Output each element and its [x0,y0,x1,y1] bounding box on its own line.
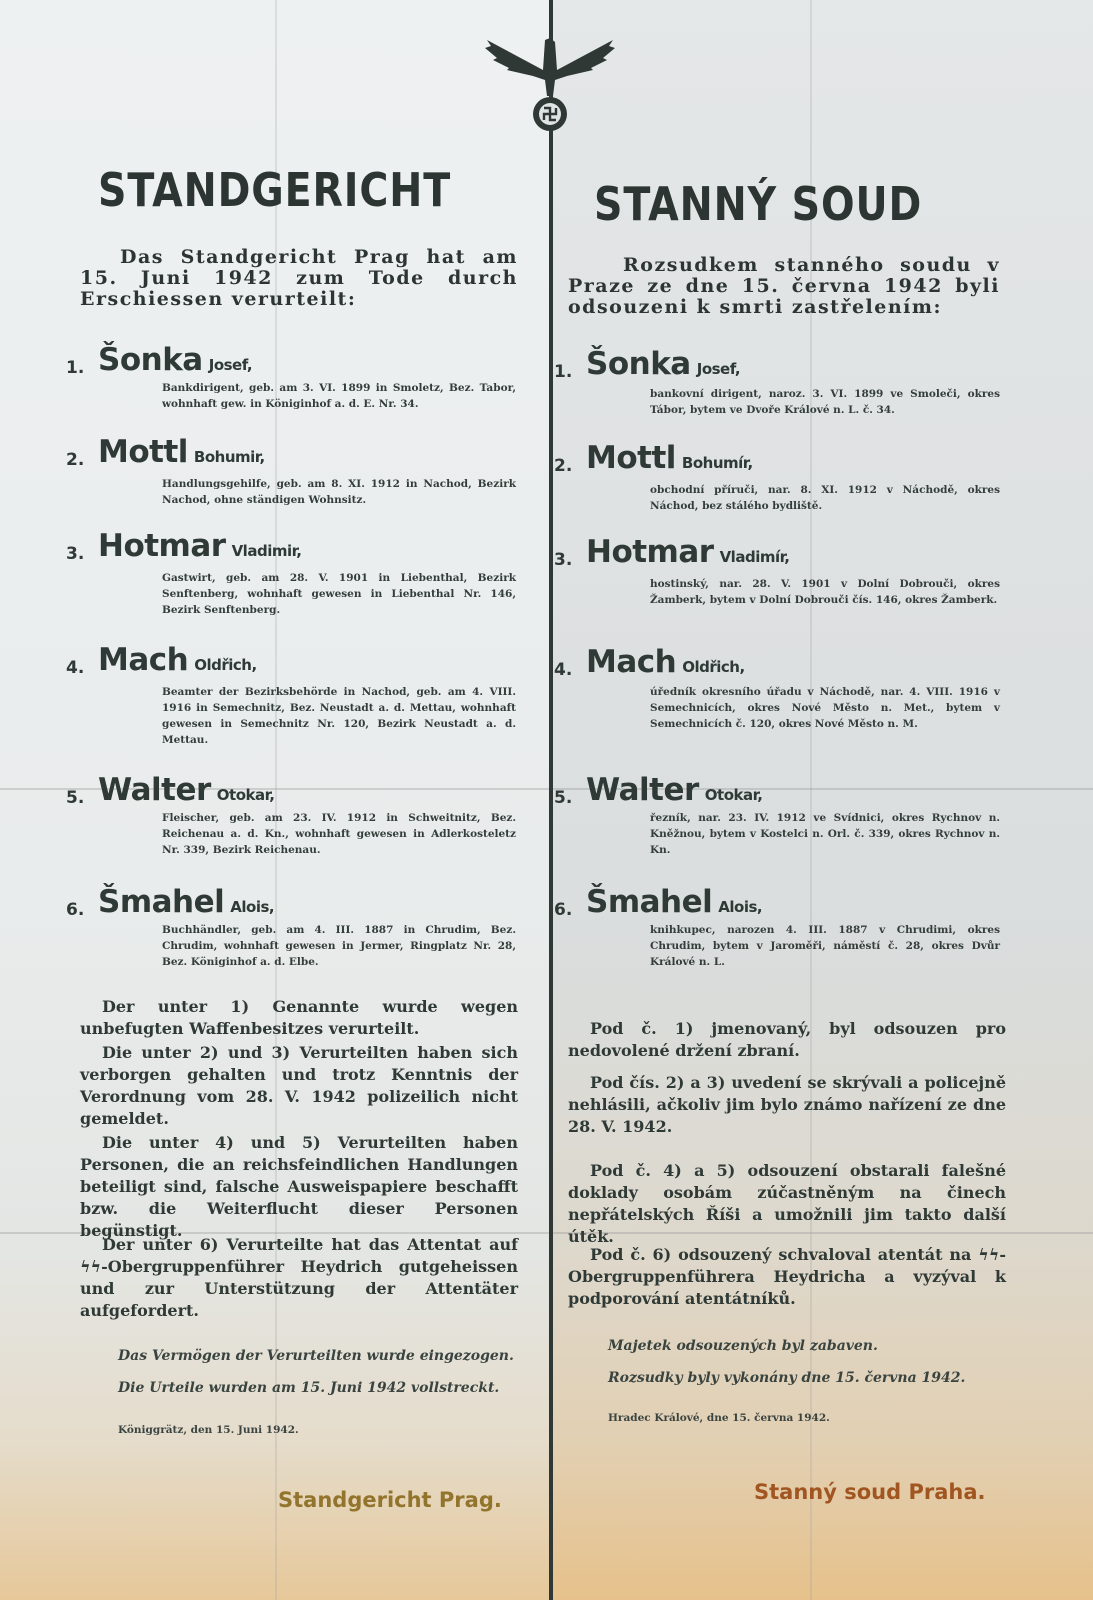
fold-line [810,0,812,1600]
confiscation-note: Majetek odsouzených byl zabaven. [608,1338,878,1354]
given-name: Josef, [209,356,252,374]
confiscation-note: Das Vermögen der Verurteilten wurde eing… [118,1348,514,1364]
person-details: Bankdirigent, geb. am 3. VI. 1899 in Smo… [162,380,516,412]
court-stamp: Stanný soud Praha. [754,1480,985,1504]
given-name: Bohumír, [682,454,753,472]
person-details: obchodní příruči, nar. 8. XI. 1912 v Nác… [650,482,1000,514]
entry-number: 6. [66,900,84,920]
person-details: Gastwirt, geb. am 28. V. 1901 in Liebent… [162,570,516,618]
entry-number: 6. [554,900,572,920]
given-name: Josef, [697,360,740,378]
surname: ŠmahelAlois, [586,884,762,920]
person-details: knihkupec, narozen 4. III. 1887 v Chrudi… [650,922,1000,970]
given-name: Alois, [230,898,274,916]
given-name: Bohumir, [194,448,265,466]
entry-number: 3. [554,550,572,570]
person-details: Fleischer, geb. am 23. IV. 1912 in Schwe… [162,810,516,858]
given-name: Vladimir, [232,542,302,560]
surname: ŠmahelAlois, [98,884,274,920]
verdict-reason: Pod č. 1) jmenovaný, byl odsouzen pro ne… [568,1018,1006,1062]
verdict-reason: Die unter 4) und 5) Verurteilten haben P… [80,1132,518,1242]
surname: HotmarVladimir, [98,528,302,564]
person-details: úředník okresního úřadu v Náchodě, nar. … [650,684,1000,732]
person-details: Buchhändler, geb. am 4. III. 1887 in Chr… [162,922,516,970]
entry-number: 4. [554,660,572,680]
entry-number: 5. [66,788,84,808]
surname: ŠonkaJosef, [98,342,252,378]
entry-number: 2. [554,456,572,476]
surname: MachOldřich, [98,642,257,678]
verdict-reason: Pod čís. 2) a 3) uvedení se skrývali a p… [568,1072,1006,1138]
verdict-reason: Der unter 1) Genannte wurde wegen unbefu… [80,996,518,1040]
entry-number: 3. [66,544,84,564]
german-title: STANDGERICHT [98,163,451,217]
place-date: Königgrätz, den 15. Juni 1942. [118,1424,299,1436]
person-details: Handlungsgehilfe, geb. am 8. XI. 1912 in… [162,476,516,508]
entry-number: 1. [554,362,572,382]
column-divider [549,0,553,1600]
german-intro: Das Standgericht Prag hat am 15. Juni 19… [80,247,518,310]
entry-number: 5. [554,788,572,808]
given-name: Alois, [718,898,762,916]
surname: WalterOtokar, [98,772,274,808]
surname: MachOldřich, [586,644,745,680]
surname: ŠonkaJosef, [586,346,740,382]
czech-title: STANNÝ SOUD [594,177,922,231]
person-details: hostinský, nar. 28. V. 1901 v Dolní Dobr… [650,576,1000,608]
entry-number: 2. [66,450,84,470]
given-name: Oldřich, [682,658,744,676]
given-name: Otokar, [705,786,763,804]
entry-number: 1. [66,358,84,378]
verdict-reason: Die unter 2) und 3) Verurteilten haben s… [80,1042,518,1130]
verdict-reason: Der unter 6) Verurteilte hat das Attenta… [80,1234,518,1322]
czech-intro: Rozsudkem stanného soudu v Praze ze dne … [568,255,1000,318]
surname: MottlBohumir, [98,434,265,470]
eagle-emblem-icon [475,30,625,140]
execution-note: Die Urteile wurden am 15. Juni 1942 voll… [118,1380,499,1396]
given-name: Vladimír, [720,548,790,566]
verdict-reason: Pod č. 6) odsouzený schvaloval atentát n… [568,1244,1006,1310]
surname: WalterOtokar, [586,772,762,808]
court-stamp: Standgericht Prag. [278,1488,502,1512]
surname: HotmarVladimír, [586,534,790,570]
place-date: Hradec Králové, dne 15. června 1942. [608,1412,830,1424]
person-details: bankovní dirigent, naroz. 3. VI. 1899 ve… [650,386,1000,418]
person-details: Beamter der Bezirksbehörde in Nachod, ge… [162,684,516,748]
entry-number: 4. [66,658,84,678]
given-name: Otokar, [217,786,275,804]
given-name: Oldřich, [194,656,256,674]
verdict-reason: Pod č. 4) a 5) odsouzení obstarali faleš… [568,1160,1006,1248]
surname: MottlBohumír, [586,440,753,476]
execution-note: Rozsudky byly vykonány dne 15. června 19… [608,1370,965,1386]
person-details: řezník, nar. 23. IV. 1912 ve Svídnici, o… [650,810,1000,858]
execution-poster: STANDGERICHT Das Standgericht Prag hat a… [0,0,1093,1600]
